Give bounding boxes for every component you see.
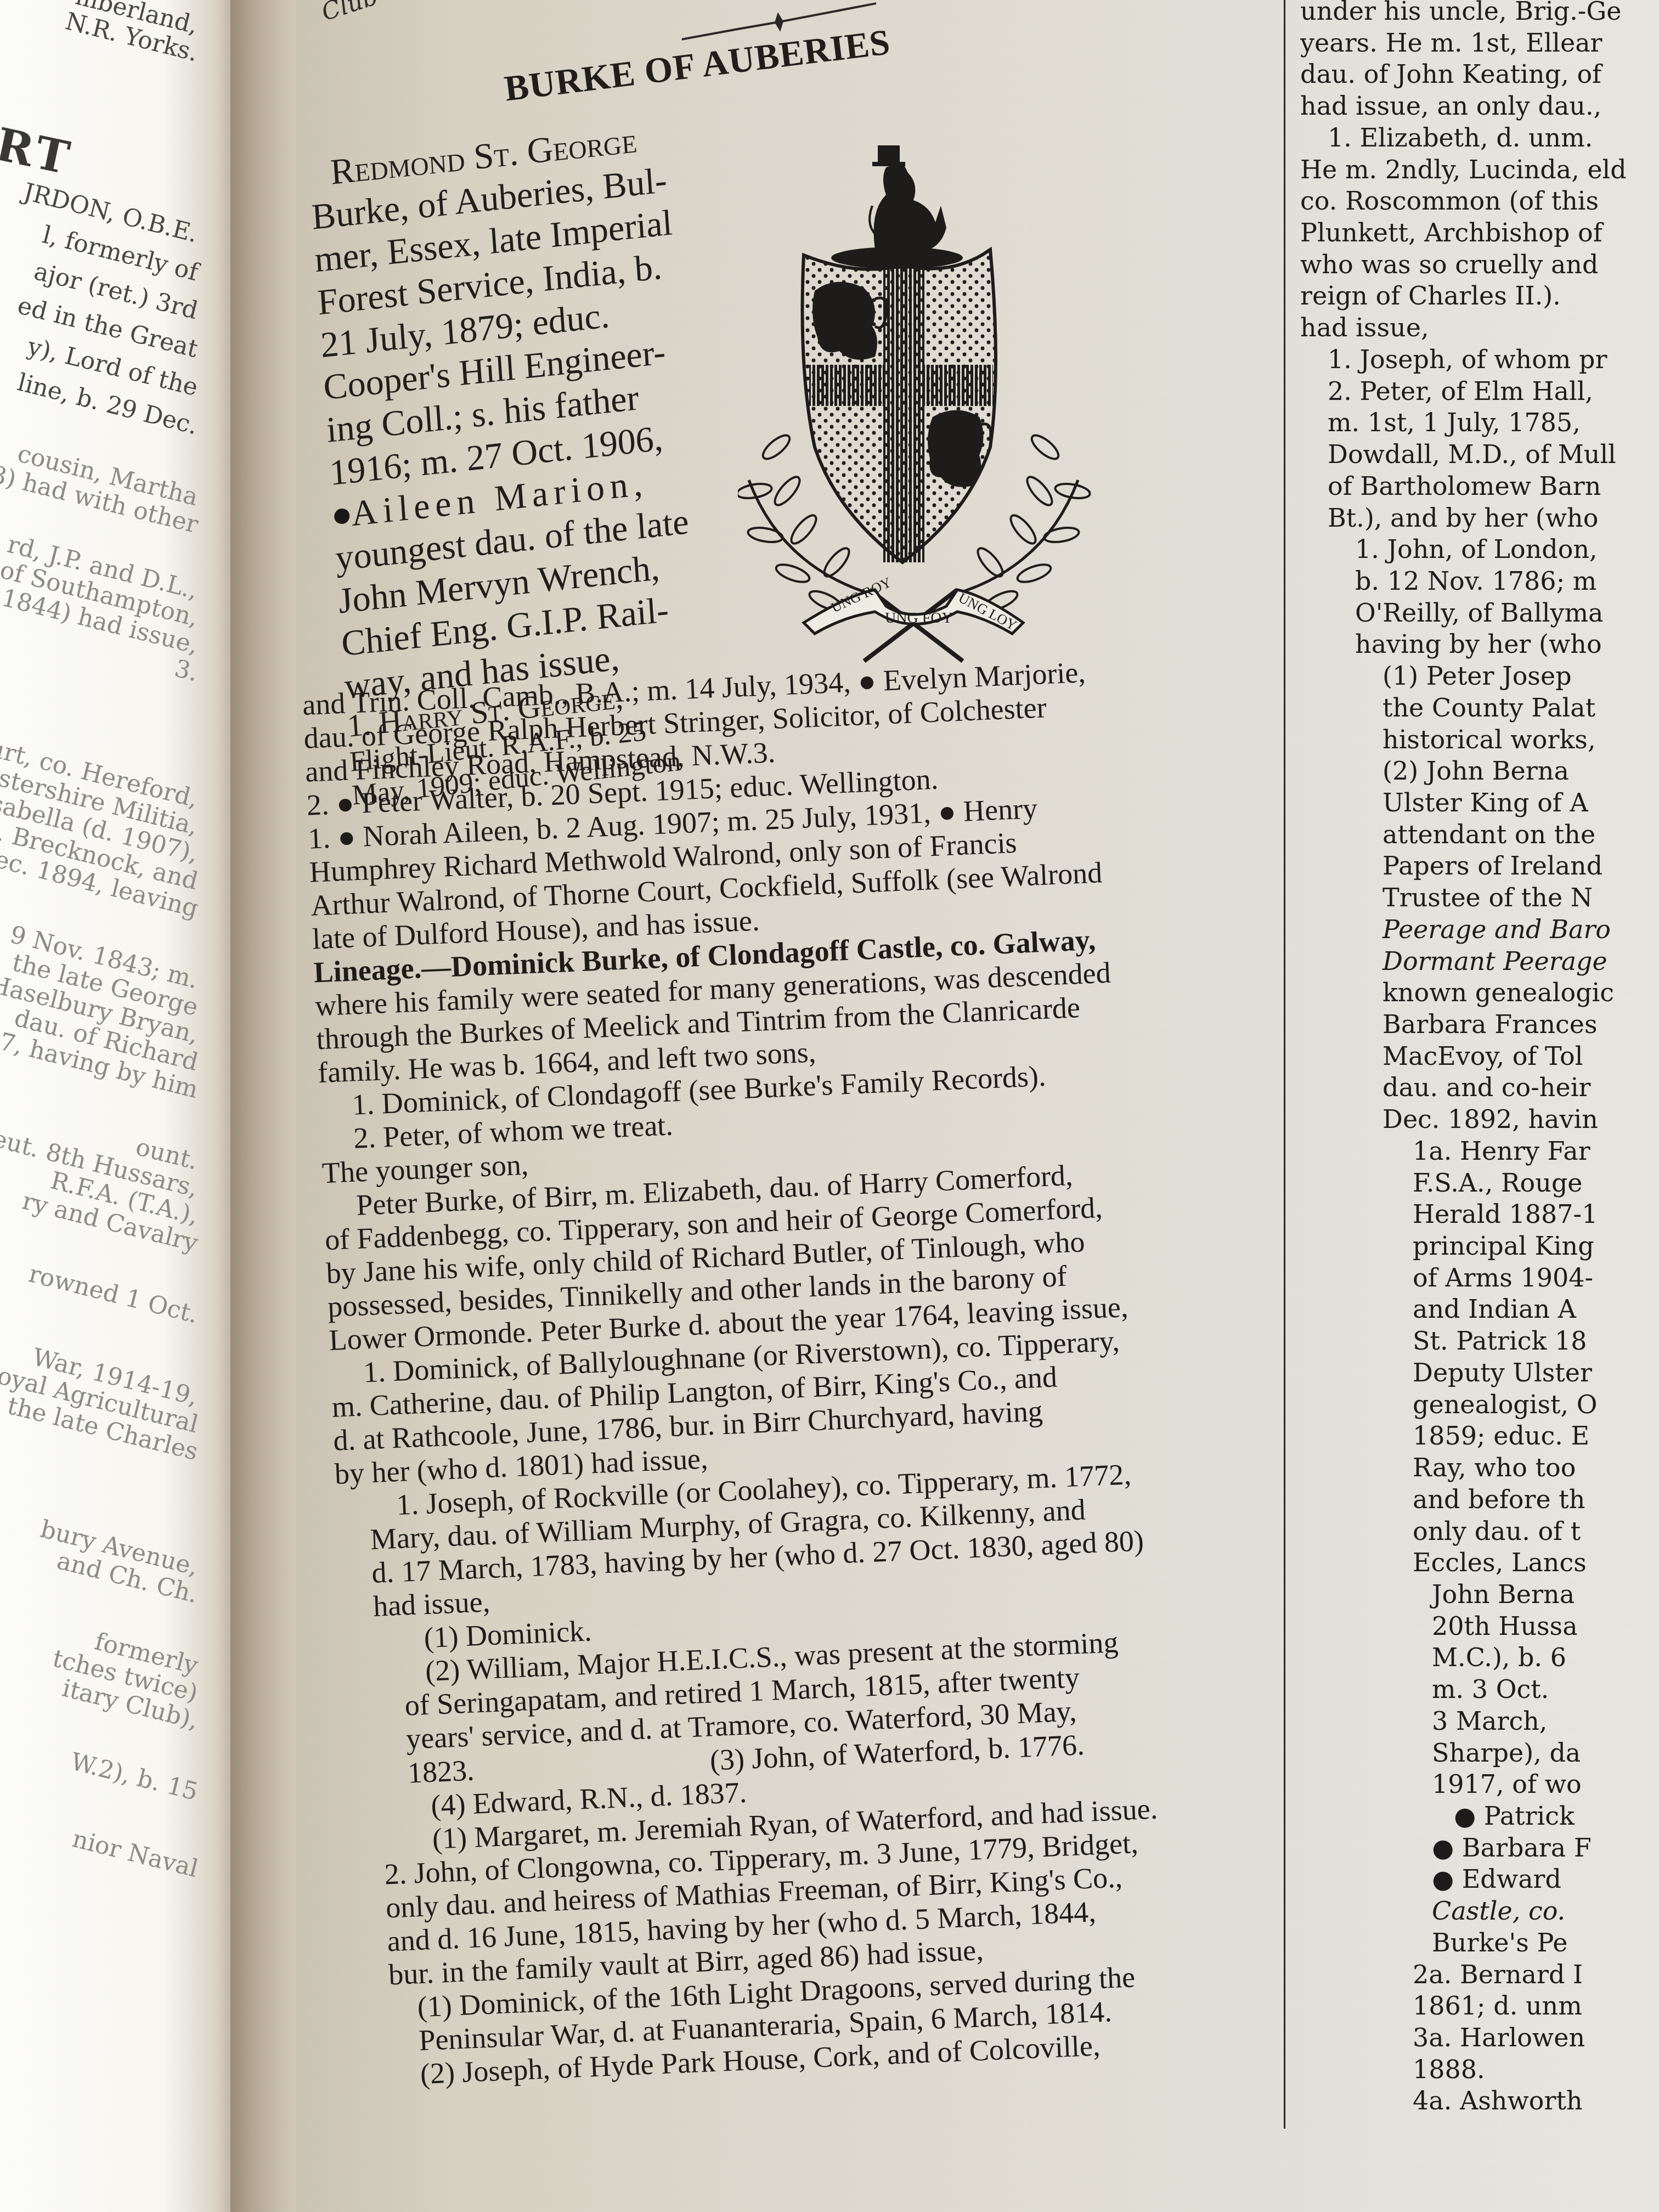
left-heading-fragment: URT <box>0 108 77 187</box>
right-line: of Arms 1904- <box>1300 1262 1659 1294</box>
right-line: 3a. Harlowen <box>1300 2022 1659 2054</box>
right-line: reign of Charles II.). <box>1300 280 1659 312</box>
right-line: Castle, co. <box>1300 1895 1659 1927</box>
right-line: 1888. <box>1300 2054 1659 2086</box>
left-fragment: 3. <box>172 653 201 689</box>
main-page: Club—Ox BURKE OF AUBERIES Redmond St. Ge… <box>296 0 1659 2212</box>
running-head: Club—Ox <box>318 0 436 27</box>
coat-of-arms-icon: UNG ROY UNG FOY UNG LOY <box>738 140 1100 732</box>
right-line: attendant on the <box>1300 819 1659 851</box>
right-line: Ulster King of A <box>1300 787 1659 819</box>
right-line: b. 12 Nov. 1786; m <box>1300 566 1659 597</box>
right-line: and Indian A <box>1300 1294 1659 1325</box>
book-gutter <box>230 0 302 2212</box>
right-line: Dowdall, M.D., of Mull <box>1300 439 1659 471</box>
right-line: 1859; educ. E <box>1300 1420 1659 1452</box>
entry-body: and Trin. Coll. Camb., B.A.; m. 14 July,… <box>302 648 1314 2093</box>
right-line: dau. and co-heir <box>1300 1072 1659 1104</box>
right-line: (1) Peter Josep <box>1300 661 1659 692</box>
right-line: Herald 1887-1 <box>1300 1199 1659 1231</box>
right-line: John Berna <box>1300 1579 1659 1611</box>
right-line: Trustee of the N <box>1300 882 1659 914</box>
right-line: Dormant Peerage <box>1300 946 1659 978</box>
right-line: Eccles, Lancs <box>1300 1547 1659 1579</box>
right-line: (2) John Berna <box>1300 755 1659 787</box>
right-line: St. Patrick 18 <box>1300 1325 1659 1357</box>
right-line: had issue, <box>1300 312 1659 344</box>
right-line: Ray, who too <box>1300 1452 1659 1484</box>
right-line: He m. 2ndly, Lucinda, eld <box>1300 154 1659 186</box>
right-line: 1. John, of London, <box>1300 534 1659 566</box>
right-line: years. He m. 1st, Ellear <box>1300 27 1659 59</box>
left-fragment: W.2), b. 15 <box>68 1747 201 1808</box>
right-line: 2a. Bernard I <box>1300 1959 1659 1991</box>
right-line: Dec. 1892, havin <box>1300 1104 1659 1136</box>
right-line: known genealogic <box>1300 977 1659 1009</box>
right-line: Peerage and Baro <box>1300 914 1659 946</box>
right-line: having by her (who <box>1300 629 1659 661</box>
motto-center: UNG FOY <box>885 610 953 627</box>
right-line: only dau. of t <box>1300 1516 1659 1548</box>
right-line: of Bartholomew Barn <box>1300 471 1659 503</box>
bullet-icon <box>334 508 351 525</box>
right-line: and before th <box>1300 1484 1659 1516</box>
right-line: Papers of Ireland <box>1300 850 1659 882</box>
right-column: under his uncle, Brig.-Ge years. He m. 1… <box>1300 0 1659 2117</box>
right-line: 1917, of wo <box>1300 1769 1659 1801</box>
year-text: 1823. <box>407 1753 475 1789</box>
right-line: historical works, <box>1300 724 1659 756</box>
right-line: ● Patrick <box>1300 1801 1659 1832</box>
right-line: dau. of John Keating, of <box>1300 59 1659 91</box>
right-line: 1. Elizabeth, d. unm. <box>1300 122 1659 154</box>
right-line: M.C.), b. 6 <box>1300 1642 1659 1674</box>
right-line: m. 3 Oct. <box>1300 1674 1659 1706</box>
right-line: 1861; d. unm <box>1300 1990 1659 2022</box>
right-line: Deputy Ulster <box>1300 1357 1659 1389</box>
right-line: ● Barbara F <box>1300 1832 1659 1864</box>
right-line: O'Reilly, of Ballyma <box>1300 597 1659 629</box>
right-line: under his uncle, Brig.-Ge <box>1300 0 1659 27</box>
right-line: 1. Joseph, of whom pr <box>1300 344 1659 376</box>
right-line: principal King <box>1300 1231 1659 1262</box>
right-line: MacEvoy, of Tol <box>1300 1041 1659 1073</box>
left-facing-page: mberland, N.R. Yorks. URT JRDON, O.B.E. … <box>0 0 236 2212</box>
right-line: Sharpe), da <box>1300 1737 1659 1769</box>
column-divider <box>1284 0 1285 2129</box>
right-line: F.S.A., Rouge <box>1300 1167 1659 1199</box>
right-line: 2. Peter, of Elm Hall, <box>1300 376 1659 408</box>
right-line: co. Roscommon (of this <box>1300 185 1659 217</box>
right-line: 1a. Henry Far <box>1300 1136 1659 1167</box>
right-line: Plunkett, Archbishop of <box>1300 217 1659 249</box>
right-line: 3 March, <box>1300 1706 1659 1737</box>
right-line: Bt.), and by her (who <box>1300 503 1659 534</box>
left-fragment: nior Naval <box>69 1824 201 1884</box>
right-line: the County Palat <box>1300 692 1659 724</box>
right-line: m. 1st, 1 July, 1785, <box>1300 407 1659 439</box>
left-fragment: rowned 1 Oct. <box>26 1259 201 1330</box>
right-line: Burke's Pe <box>1300 1927 1659 1959</box>
right-line: 20th Hussa <box>1300 1611 1659 1643</box>
right-line: had issue, an only dau., <box>1300 91 1659 122</box>
right-line: genealogist, O <box>1300 1389 1659 1421</box>
right-line: 4a. Ashworth <box>1300 2085 1659 2117</box>
right-line: who was so cruelly and <box>1300 249 1659 281</box>
right-line: ● Edward <box>1300 1864 1659 1895</box>
right-line: Barbara Frances <box>1300 1009 1659 1041</box>
